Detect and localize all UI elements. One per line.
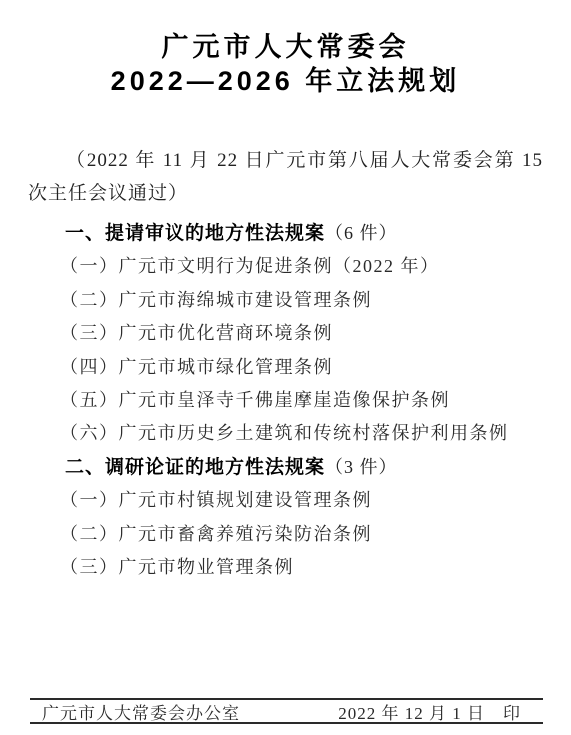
document-body: 一、提请审议的地方性法规案（6 件） （一）广元市文明行为促进条例（2022 年… (60, 217, 551, 584)
section-1-heading: 一、提请审议的地方性法规案（6 件） (60, 217, 551, 250)
section-laws-for-review: 一、提请审议的地方性法规案（6 件） （一）广元市文明行为促进条例（2022 年… (60, 217, 551, 451)
law-item: （二）广元市畜禽养殖污染防治条例 (60, 518, 551, 551)
title-line-1: 广元市人大常委会 (0, 30, 571, 64)
footer-print-date: 2022 年 12 月 1 日 印 (338, 699, 521, 724)
section-2-count: （3 件） (325, 457, 398, 477)
law-item: （一）广元市文明行为促进条例（2022 年） (60, 250, 551, 283)
section-laws-for-research: 二、调研论证的地方性法规案（3 件） （一）广元市村镇规划建设管理条例 （二）广… (60, 451, 551, 585)
section-2-heading: 二、调研论证的地方性法规案（3 件） (60, 451, 551, 484)
law-item: （二）广元市海绵城市建设管理条例 (60, 284, 551, 317)
law-item: （一）广元市村镇规划建设管理条例 (60, 484, 551, 517)
title-line-2: 2022—2026 年立法规划 (0, 64, 571, 98)
footer-office: 广元市人大常委会办公室 (42, 699, 240, 724)
law-item: （五）广元市皇泽寺千佛崖摩崖造像保护条例 (60, 384, 551, 417)
law-item: （三）广元市物业管理条例 (60, 551, 551, 584)
section-2-title: 二、调研论证的地方性法规案 (65, 457, 325, 478)
law-item: （三）广元市优化营商环境条例 (60, 317, 551, 350)
document-title: 广元市人大常委会 2022—2026 年立法规划 (0, 30, 571, 98)
section-1-title: 一、提请审议的地方性法规案 (65, 223, 325, 244)
law-item: （四）广元市城市绿化管理条例 (60, 351, 551, 384)
document-page: 广元市人大常委会 2022—2026 年立法规划 （2022 年 11 月 22… (0, 0, 571, 735)
section-1-count: （6 件） (325, 223, 398, 243)
page-footer: 广元市人大常委会办公室 2022 年 12 月 1 日 印 (30, 698, 543, 724)
law-item: （六）广元市历史乡土建筑和传统村落保护利用条例 (60, 417, 551, 450)
approval-note: （2022 年 11 月 22 日广元市第八届人大常委会第 15 次主任会议通过… (28, 144, 543, 210)
